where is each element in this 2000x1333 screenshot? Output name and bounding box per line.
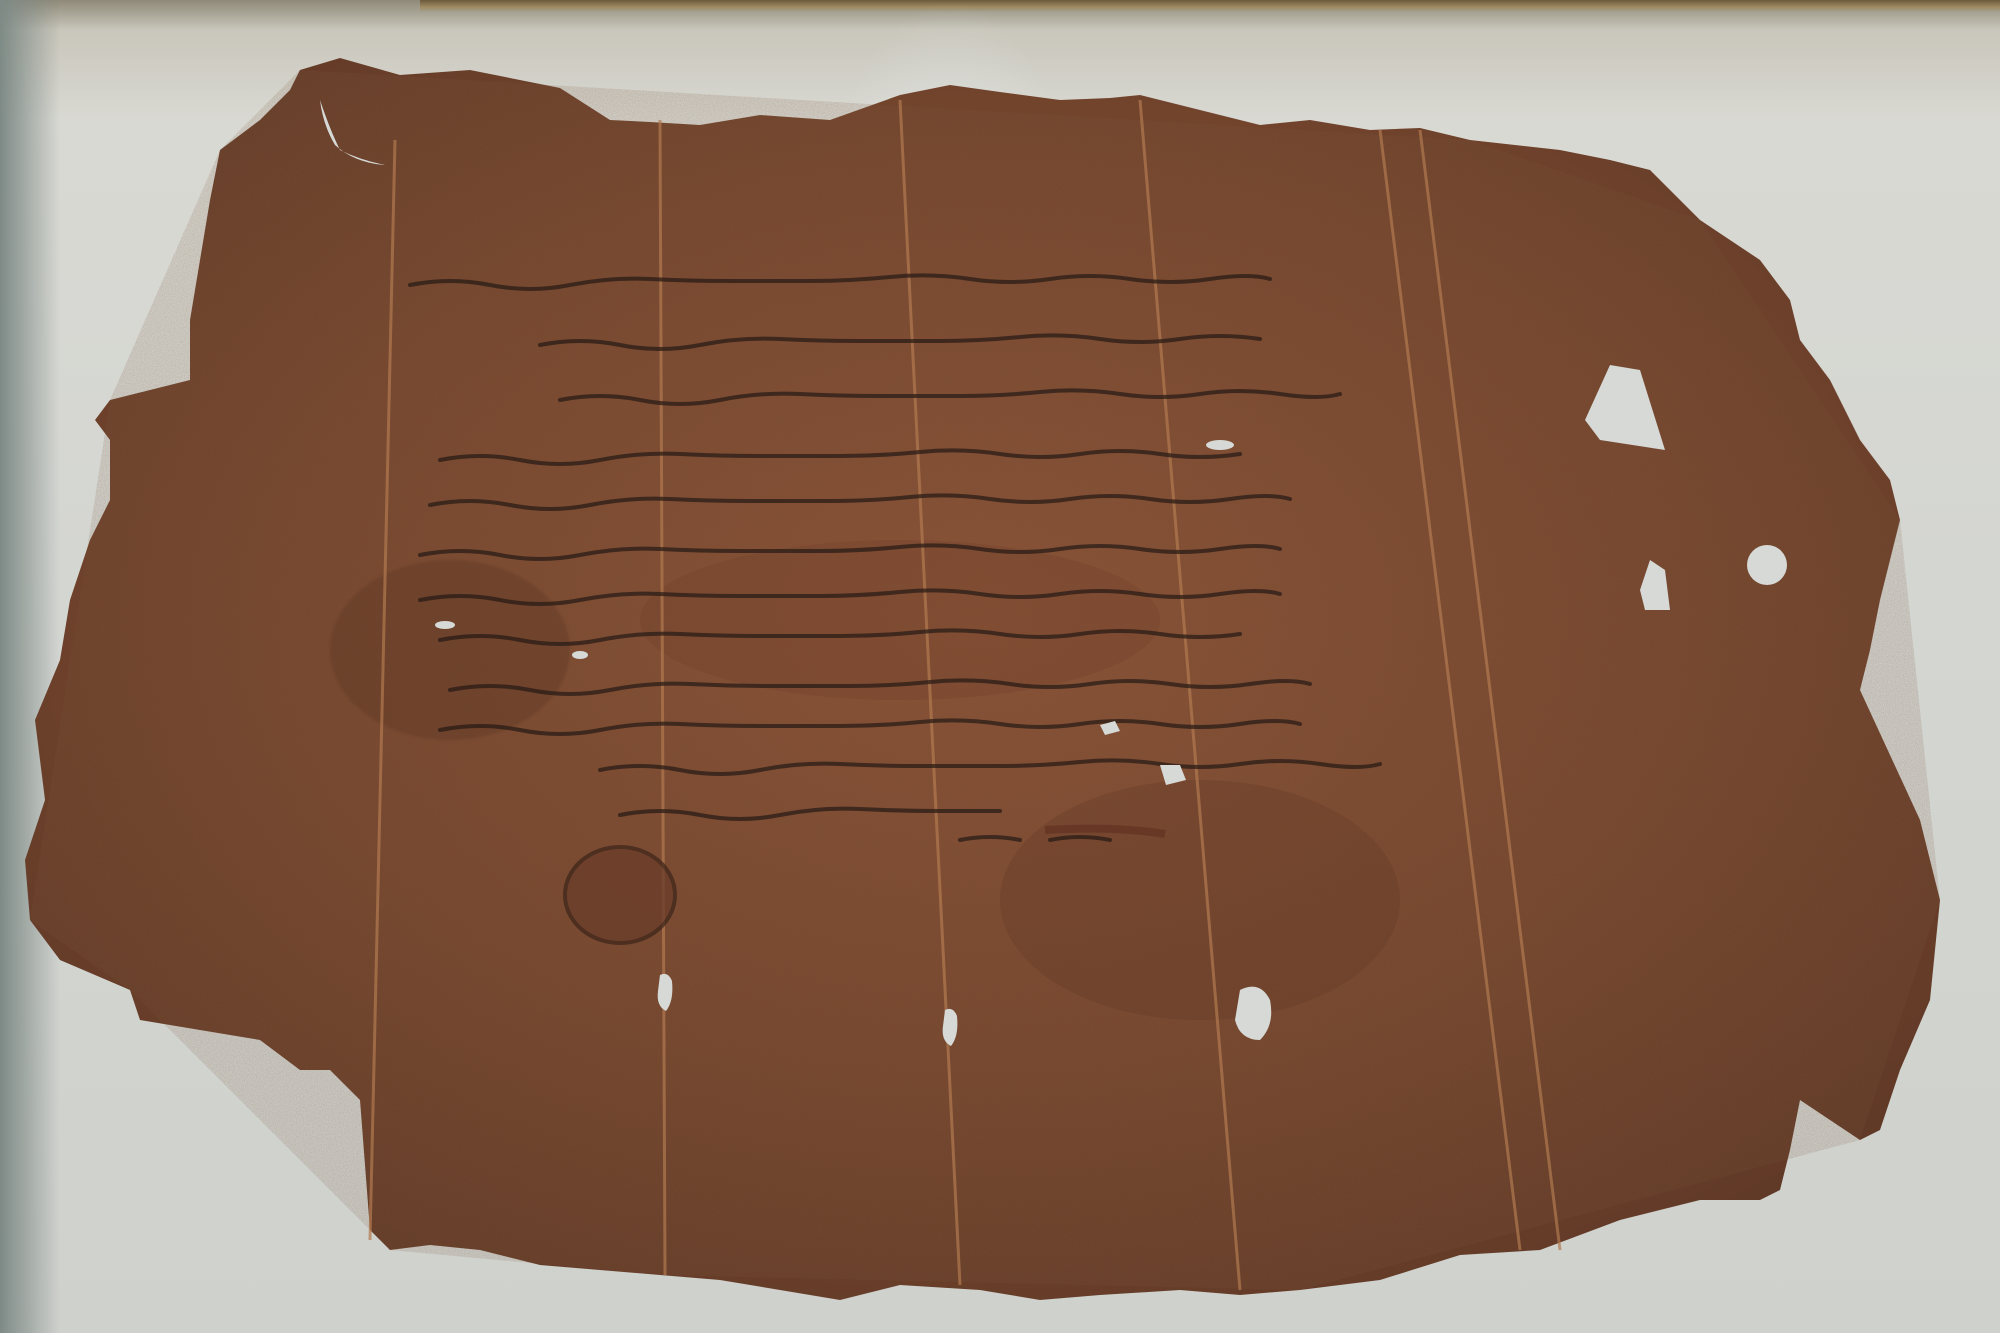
round-seal	[565, 847, 675, 943]
manuscript	[0, 0, 2000, 1333]
